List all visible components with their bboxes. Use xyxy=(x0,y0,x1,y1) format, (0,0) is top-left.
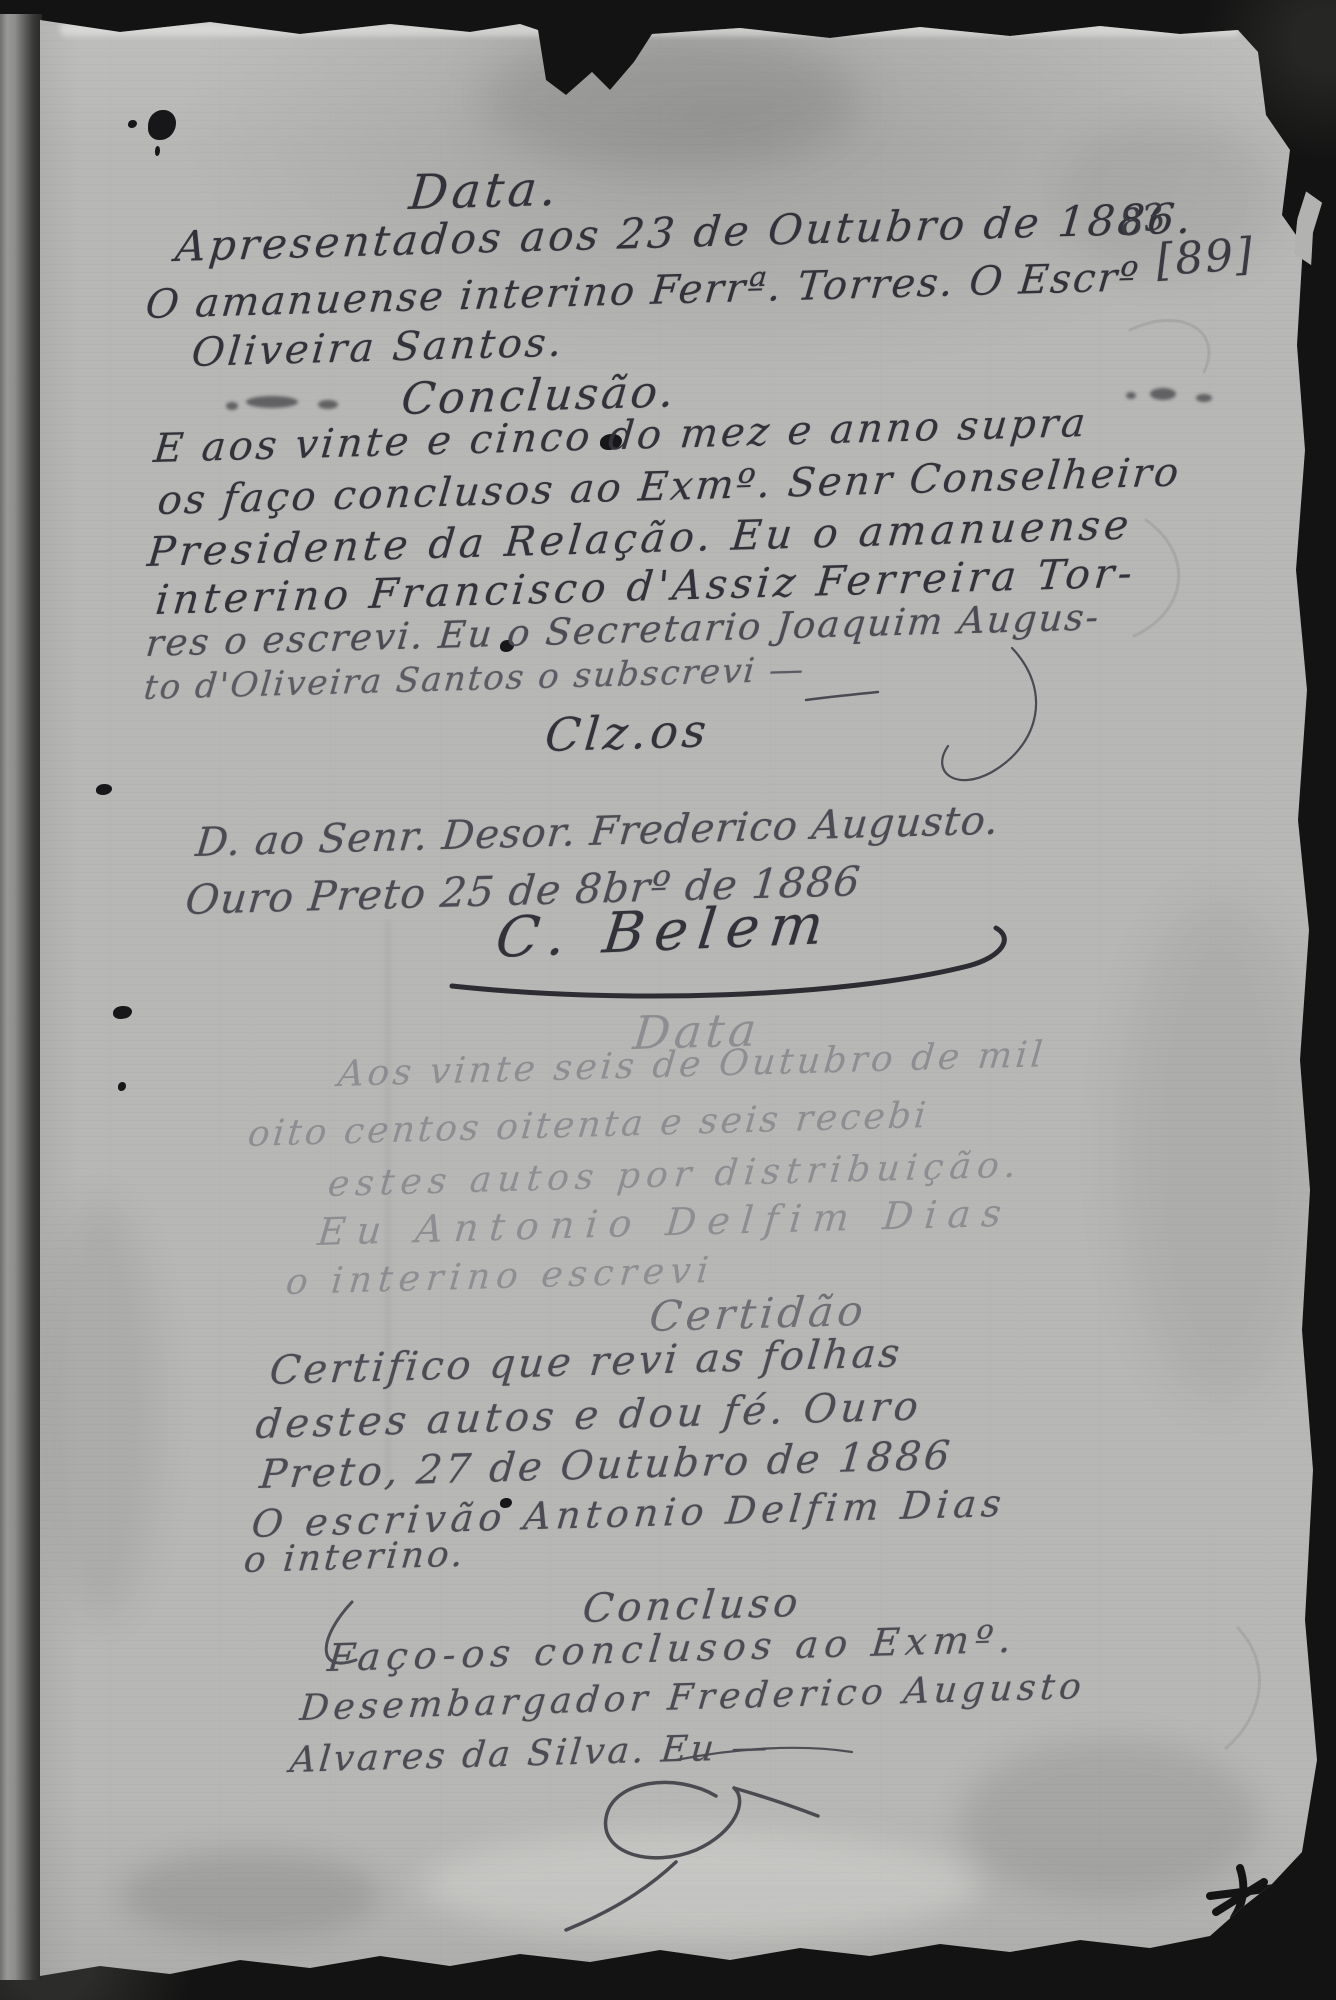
ink-smudge xyxy=(1150,388,1176,400)
ink-blot xyxy=(118,1082,126,1091)
ink-blot xyxy=(148,110,176,140)
ink-blot xyxy=(113,1006,132,1019)
descender-loop-flourish xyxy=(942,648,1036,780)
closing-rubric-flourish xyxy=(566,1782,818,1930)
line-data-text-1: Aos vinte seis de Outubro de mil xyxy=(336,1034,1048,1095)
manuscript-scan: Data. Apresentados aos 23 de Outubro de … xyxy=(0,0,1336,2000)
paper-stain xyxy=(40,1200,160,1620)
ghost-bleedthrough-strokes xyxy=(1130,320,1260,1748)
paper-stain xyxy=(480,28,860,168)
ink-smudge xyxy=(246,396,298,408)
paper-stain xyxy=(420,1830,980,1940)
line-oliveira-santos: Oliveira Santos. xyxy=(190,320,567,376)
paper-stain xyxy=(1120,900,1320,1400)
ink-smudge xyxy=(318,400,338,409)
paper-stain xyxy=(120,1850,380,1940)
torn-edge-highlight xyxy=(60,22,1240,36)
bracket-folio-number: [89] xyxy=(1154,229,1256,287)
line-certidao-text-5: o interino. xyxy=(242,1534,468,1581)
ink-blot xyxy=(155,146,160,156)
ink-blot xyxy=(96,784,112,795)
ink-smudge xyxy=(226,402,238,410)
line-data-text-2: oito centos oitenta e seis recebi xyxy=(246,1095,930,1155)
torn-paper-fragment xyxy=(1291,191,1324,266)
line-certidao-text-1: Certifico que revi as folhas xyxy=(268,1330,905,1394)
ink-smudge xyxy=(1196,394,1212,402)
paper-stain xyxy=(960,1740,1260,1900)
corner-ink-blob xyxy=(1243,1907,1261,1925)
manuscript-page: Data. Apresentados aos 23 de Outubro de … xyxy=(0,0,1336,2000)
ink-blot xyxy=(128,120,137,128)
line-despacho-desembargador: D. ao Senr. Desor. Frederico Augusto. xyxy=(194,798,1002,866)
corner-scribble-mark xyxy=(1210,1868,1274,1918)
ink-smudge xyxy=(1126,392,1136,399)
signature-c-belem: C. Belem xyxy=(492,892,836,971)
subscrevi-dash-flourish xyxy=(806,692,878,700)
line-concluso-text-3: Alvares da Silva. Eu — xyxy=(288,1727,772,1781)
book-gutter-edge xyxy=(0,14,42,1980)
line-conclusos-abbreviation: Clz.os xyxy=(543,703,713,762)
